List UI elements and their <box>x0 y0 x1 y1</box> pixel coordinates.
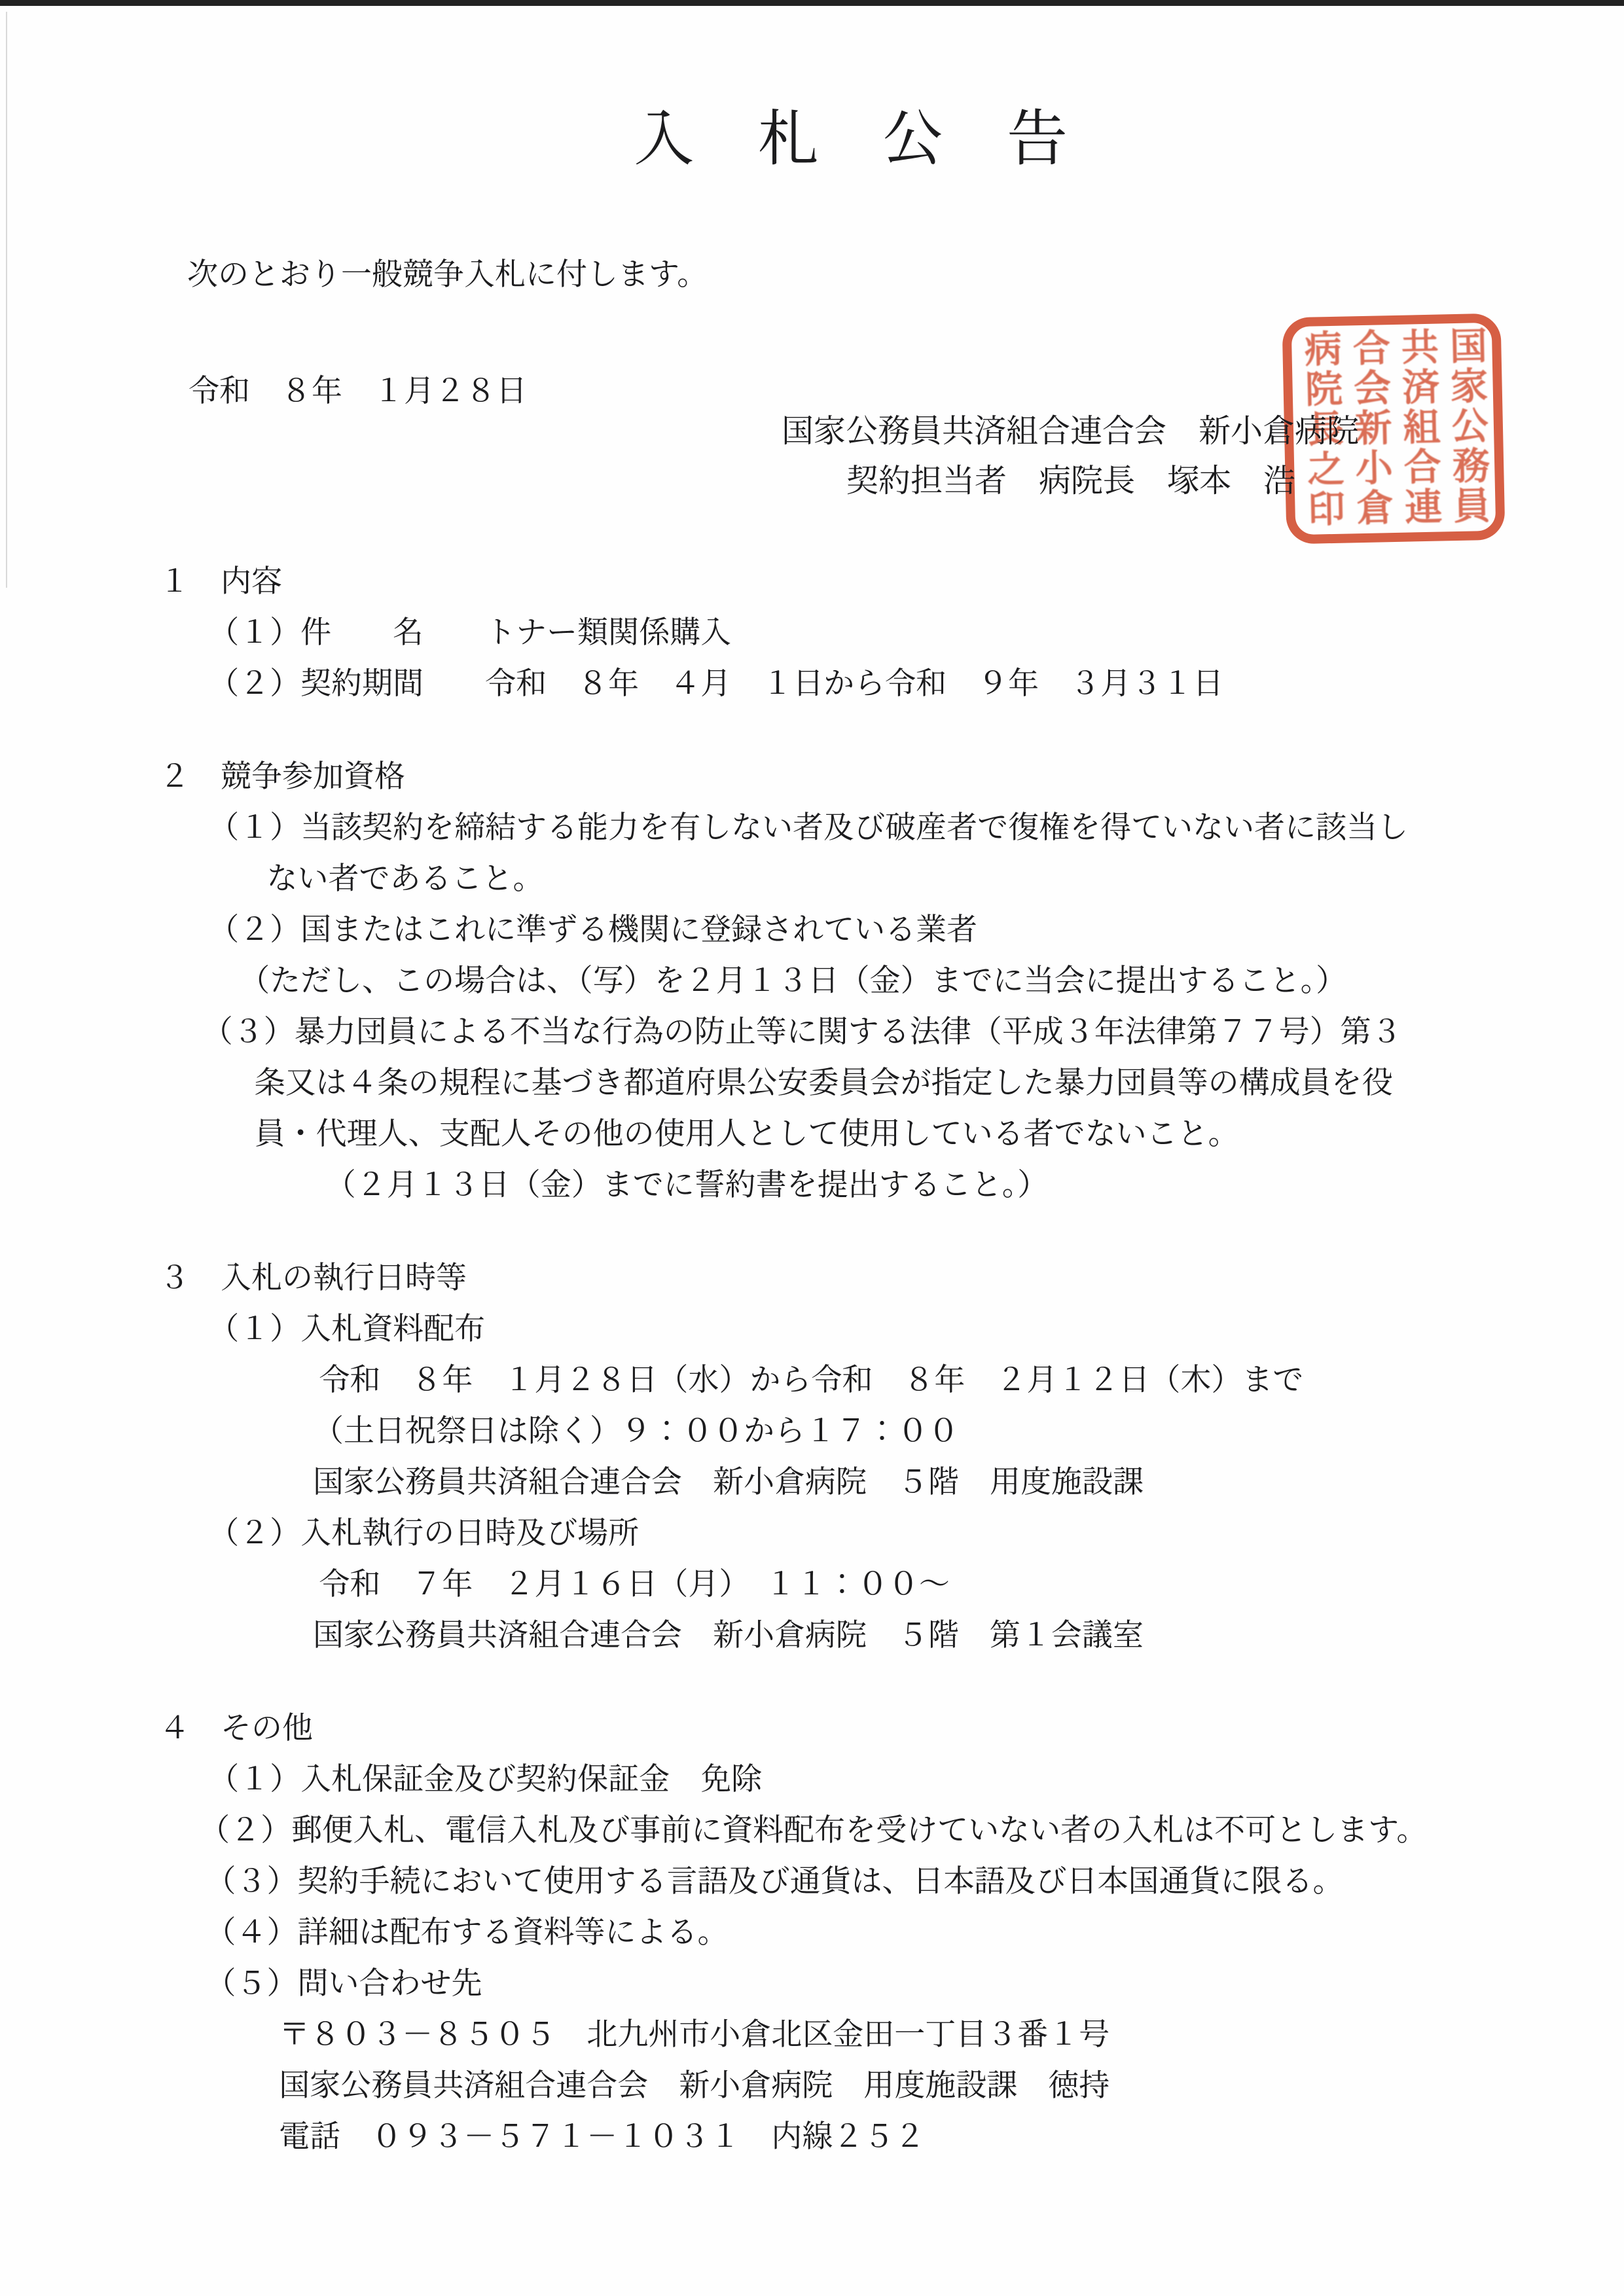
document-line: （１）当該契約を締結する能力を有しない者及び破産者で復権を得ていない者に該当し <box>159 802 1534 853</box>
document-line: 令和 ７年 ２月１６日（月） １１：００～ <box>159 1559 1534 1610</box>
document-line: 電話 ０９３－５７１－１０３１ 内線２５２ <box>159 2111 1534 2162</box>
document-line: 〒８０３－８５０５ 北九州市小倉北区金田一丁目３番１号 <box>159 2009 1534 2060</box>
document-line: （２）郵便入札、電信入札及び事前に資料配布を受けていない者の入札は不可とします。 <box>159 1805 1534 1856</box>
document-line: ない者であること。 <box>159 853 1534 905</box>
scanned-document-page: 入 札 公 告 次のとおり一般競争入札に付します。 令和 ８年 １月２８日 国家… <box>0 0 1624 2296</box>
document-line: 条又は４条の規程に基づき都道府県公安委員会が指定した暴力団員等の構成員を役 <box>159 1058 1534 1109</box>
document-line: 国家公務員共済組合連合会 新小倉病院 用度施設課 徳持 <box>159 2060 1534 2111</box>
document-line: （１）入札資料配布 <box>159 1304 1534 1355</box>
document-line: （２）契約期間 令和 ８年 ４月 １日から令和 ９年 ３月３１日 <box>159 658 1534 709</box>
document-line: （４）詳細は配布する資料等による。 <box>159 1907 1534 1958</box>
issuer-contact-officer: 契約担当者 病院長 塚本 浩 <box>846 459 1295 503</box>
document-line: （２）入札執行の日時及び場所 <box>159 1508 1534 1559</box>
issuer-organization: 国家公務員共済組合連合会 新小倉病院 <box>782 410 1359 453</box>
document-line: 国家公務員共済組合連合会 新小倉病院 ５階 第１会議室 <box>159 1610 1534 1661</box>
document-line: （１）入札保証金及び契約保証金 免除 <box>159 1754 1534 1805</box>
scan-artifact-top-edge <box>0 0 1624 6</box>
document-line: （５）問い合わせ先 <box>159 1958 1534 2009</box>
document-line: 令和 ８年 １月２８日（水）から令和 ８年 ２月１２日（木）まで <box>159 1355 1534 1406</box>
document-title: 入 札 公 告 <box>634 103 1069 177</box>
document-line: （土日祝祭日は除く）９：００から１７：００ <box>159 1406 1534 1457</box>
document-line: （２月１３日（金）までに誓約書を提出すること。） <box>159 1160 1534 1211</box>
section-heading: ４ その他 <box>159 1703 1534 1754</box>
section-heading: ３ 入札の執行日時等 <box>159 1253 1534 1304</box>
document-line: （３）契約手続において使用する言語及び通貨は、日本語及び日本国通貨に限る。 <box>159 1856 1534 1907</box>
document-line: （ただし、この場合は、（写）を２月１３日（金）までに当会に提出すること。） <box>159 956 1534 1007</box>
document-body: １ 内容（１）件 名 トナー類関係購入（２）契約期間 令和 ８年 ４月 １日から… <box>159 556 1534 2162</box>
document-line: （３）暴力団員による不当な行為の防止等に関する法律（平成３年法律第７７号）第３ <box>159 1007 1534 1058</box>
section-heading: １ 内容 <box>159 556 1534 607</box>
issue-date: 令和 ８年 １月２８日 <box>189 370 527 414</box>
intro-text: 次のとおり一般競争入札に付します。 <box>187 254 708 297</box>
scan-artifact-left-line <box>6 12 7 588</box>
document-line: （２）国またはこれに準ずる機関に登録されている業者 <box>159 905 1534 956</box>
document-line: （１）件 名 トナー類関係購入 <box>159 607 1534 658</box>
document-line: 員・代理人、支配人その他の使用人として使用している者でないこと。 <box>159 1109 1534 1160</box>
section-heading: ２ 競争参加資格 <box>159 751 1534 802</box>
document-line: 国家公務員共済組合連合会 新小倉病院 ５階 用度施設課 <box>159 1457 1534 1508</box>
